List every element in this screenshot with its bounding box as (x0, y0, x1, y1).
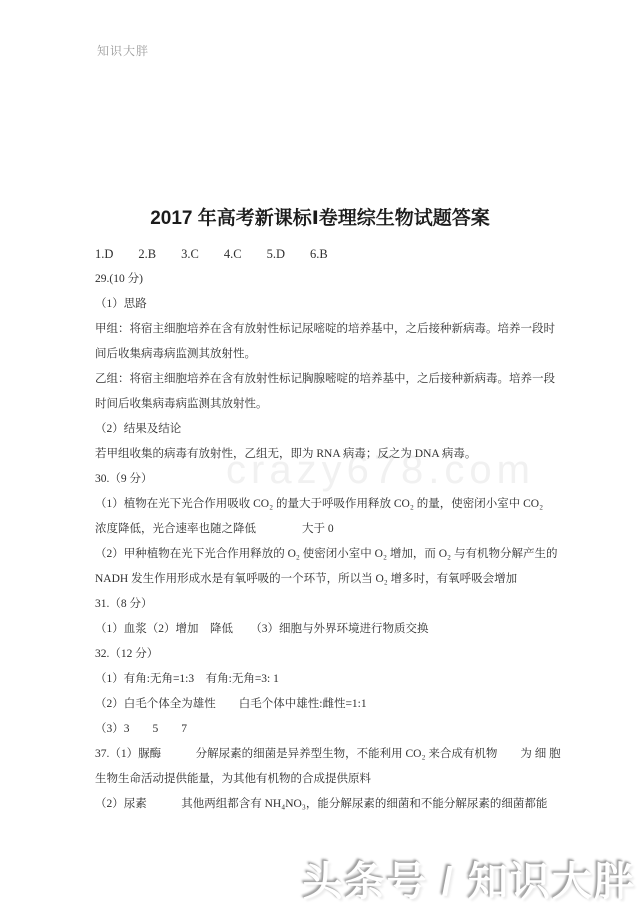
doc-line: 若甲组收集的病毒有放射性，乙组无，即为 RNA 病毒；反之为 DNA 病毒。 (95, 442, 560, 467)
doc-line: （2）甲种植物在光下光合作用释放的 O₂ 使密闭小室中 O₂ 增加，而 O₂ 与… (95, 542, 560, 567)
choice-answers-row: 1.D 2.B 3.C 4.C 5.D 6.B (95, 241, 560, 267)
doc-line: （2）白毛个体全为雄性 白毛个体中雄性:雌性=1:1 (95, 692, 560, 717)
doc-line: 29.(10 分) (95, 267, 560, 292)
document-page: 知识大胖 crazy678.com 2017 年高考新课标Ⅰ卷理综生物试题答案 … (0, 0, 640, 905)
doc-line: NADH 发生作用形成水是有氧呼吸的一个环节，所以当 O₂ 增多时，有氧呼吸会增… (95, 567, 560, 592)
choice-answer: 3.C (181, 241, 199, 267)
doc-line: （1）有角:无角=1:3 有角:无角=3: 1 (95, 667, 560, 692)
doc-line: 乙组：将宿主细胞培养在含有放射性标记胸腺嘧啶的培养基中，之后接种新病毒。培养一段 (95, 367, 560, 392)
doc-line: 32.（12 分） (95, 642, 560, 667)
doc-line: 间后收集病毒病监测其放射性。 (95, 342, 560, 367)
answer-content: 1.D 2.B 3.C 4.C 5.D 6.B 29.(10 分) （1）思路 … (95, 241, 560, 817)
choice-answer: 6.B (310, 241, 328, 267)
doc-line: （1）思路 (95, 292, 560, 317)
doc-line: 时间后收集病毒病监测其放射性。 (95, 392, 560, 417)
page-title: 2017 年高考新课标Ⅰ卷理综生物试题答案 (0, 203, 640, 230)
choice-answer: 2.B (138, 241, 156, 267)
bottom-right-watermark: 头条号 / 知识大胖 (303, 850, 636, 905)
doc-line: 浓度降低，光合速率也随之降低 大于 0 (95, 517, 560, 542)
choice-answer: 1.D (95, 241, 113, 267)
doc-line: （1）血浆（2）增加 降低 （3）细胞与外界环境进行物质交换 (95, 617, 560, 642)
doc-line: 生物生命活动提供能量，为其他有机物的合成提供原料 (95, 767, 560, 792)
top-left-watermark: 知识大胖 (97, 42, 149, 59)
doc-line: （2）尿素 其他两组都含有 NH₄NO₃，能分解尿素的细菌和不能分解尿素的细菌都… (95, 792, 560, 817)
doc-line: 30.（9 分） (95, 467, 560, 492)
doc-line: （2）结果及结论 (95, 417, 560, 442)
choice-answer: 5.D (267, 241, 285, 267)
doc-line: 31.（8 分） (95, 592, 560, 617)
choice-answer: 4.C (224, 241, 242, 267)
doc-line: 37.（1）脲酶 分解尿素的细菌是异养型生物，不能利用 CO₂ 来合成有机物 为… (95, 742, 560, 767)
doc-line: （3）3 5 7 (95, 717, 560, 742)
doc-line: （1）植物在光下光合作用吸收 CO₂ 的量大于呼吸作用释放 CO₂ 的量，使密闭… (95, 492, 560, 517)
doc-line: 甲组：将宿主细胞培养在含有放射性标记尿嘧啶的培养基中，之后接种新病毒。培养一段时 (95, 317, 560, 342)
